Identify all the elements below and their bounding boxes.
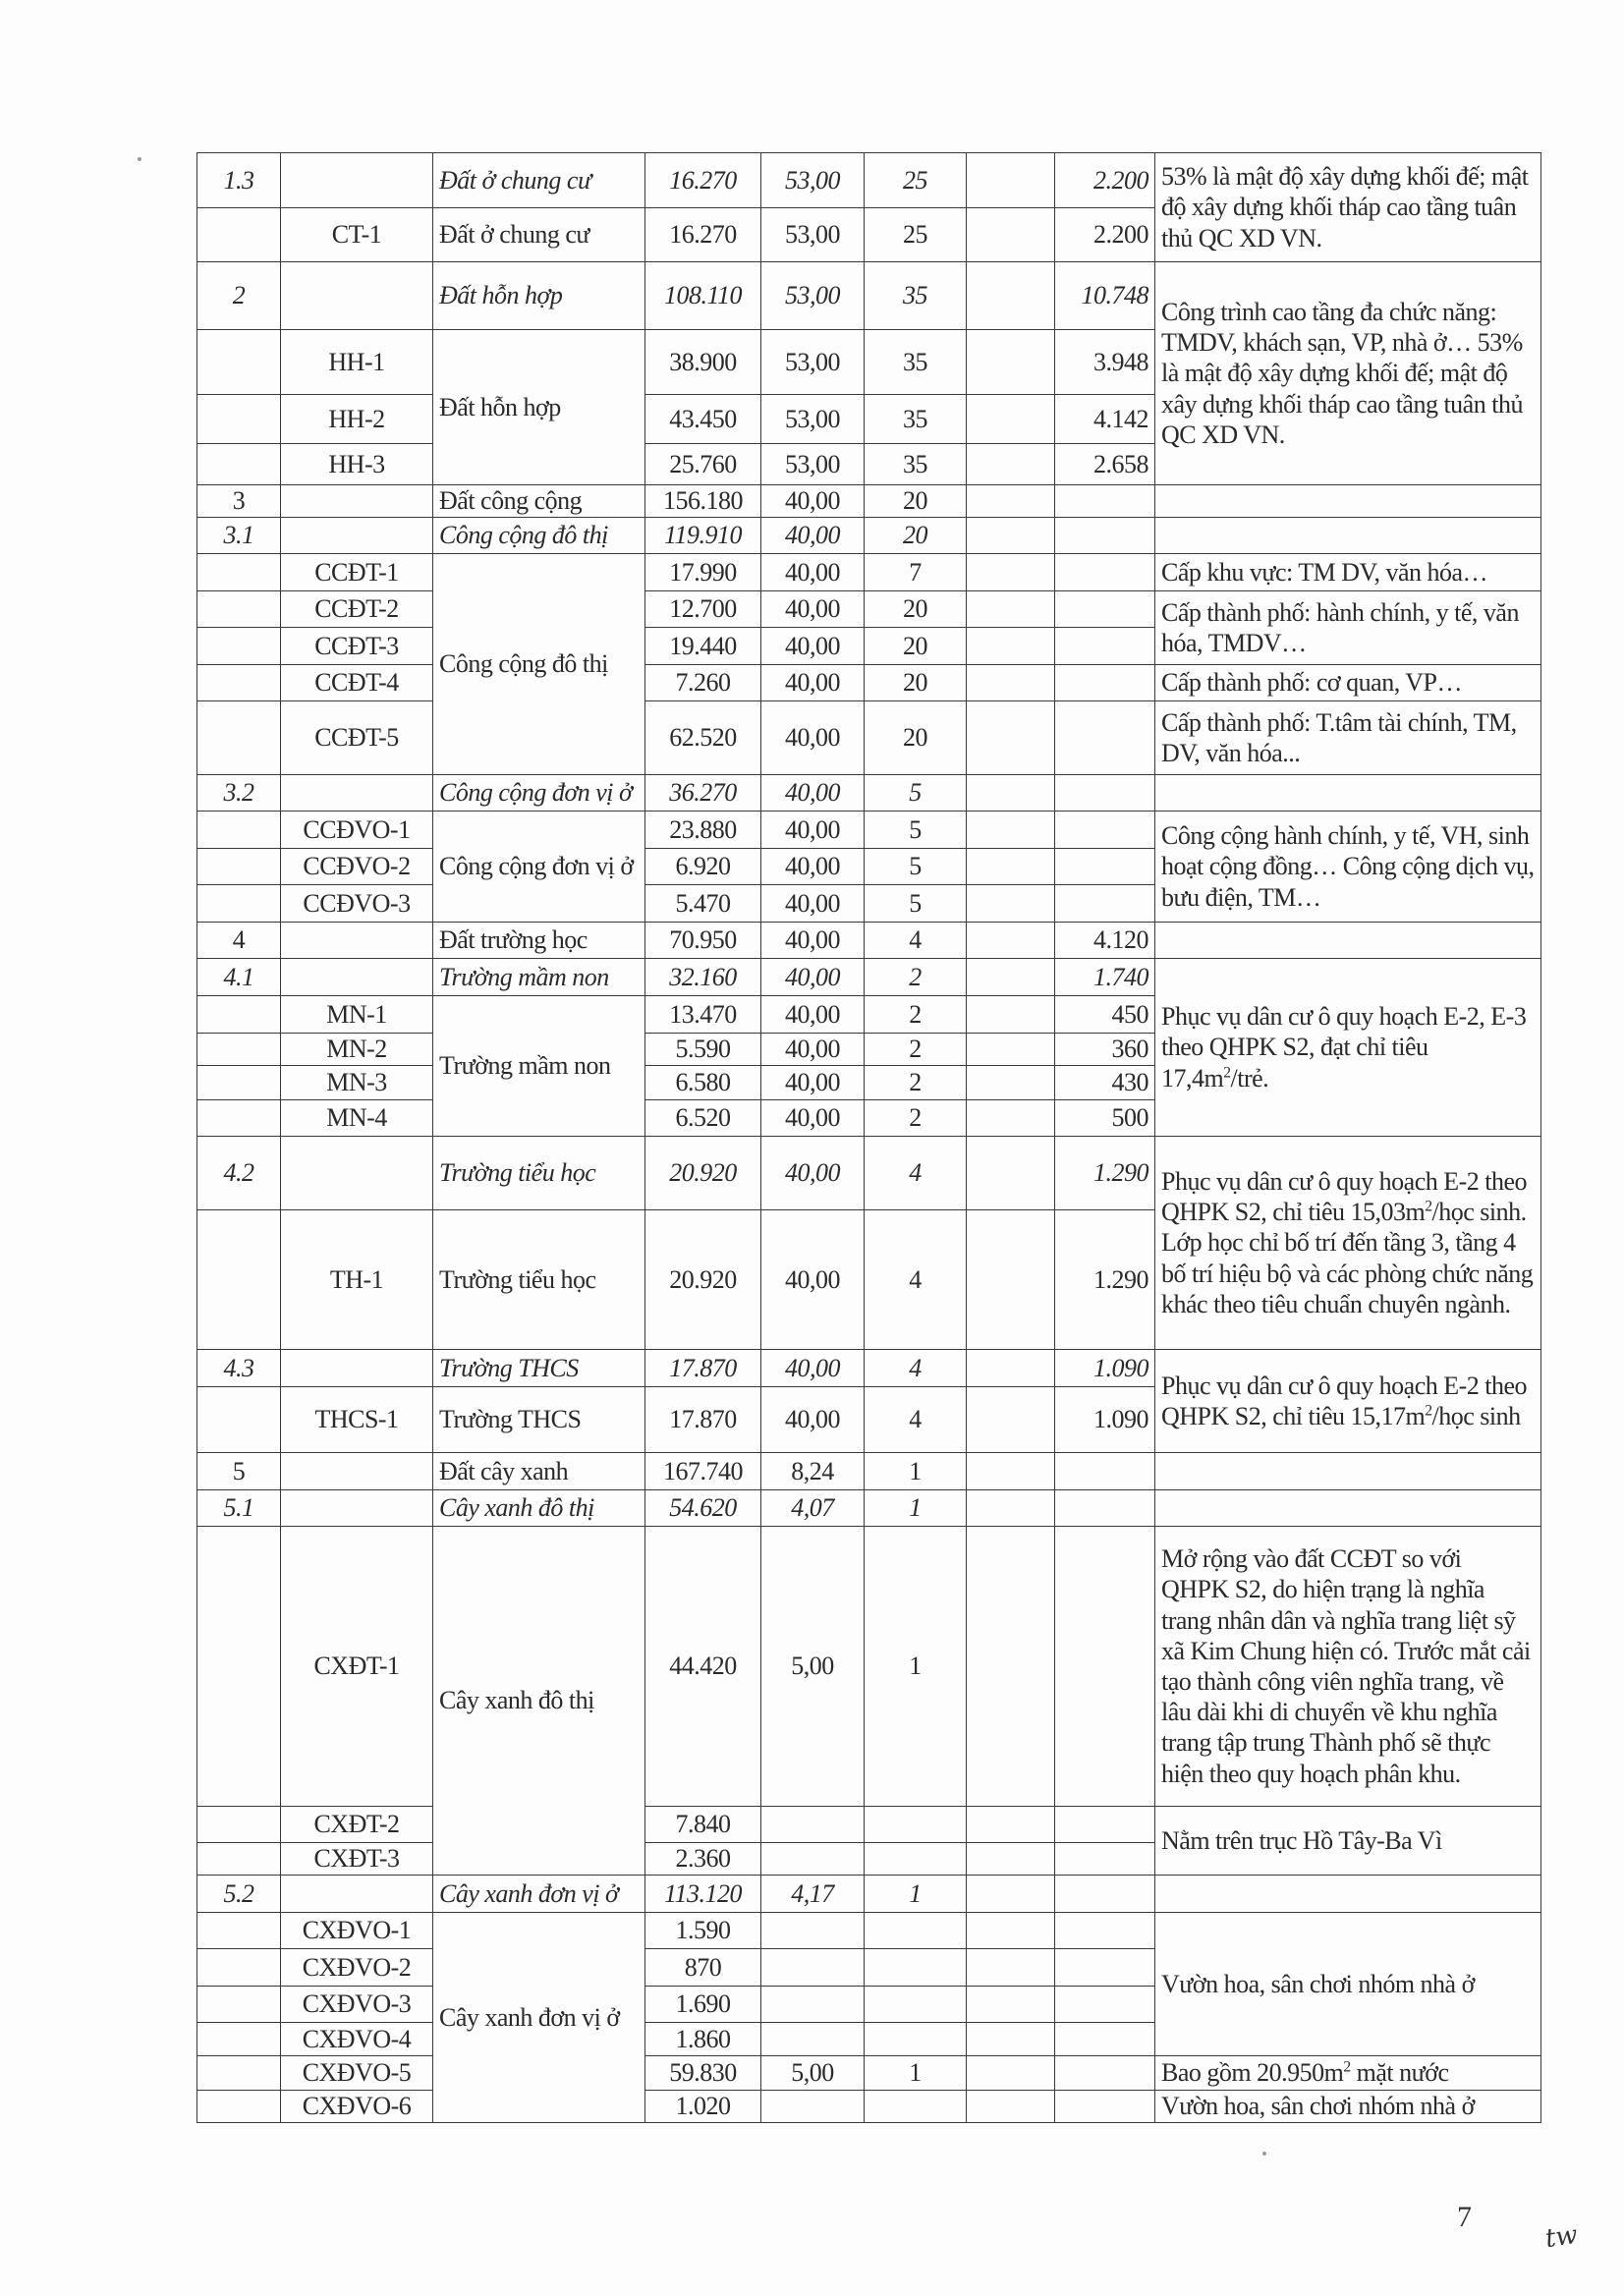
cell-land-use-name: Trường THCS [433, 1350, 645, 1387]
cell-floors [865, 2023, 967, 2056]
cell-floors: 2 [865, 996, 967, 1034]
cell-empty [967, 665, 1055, 701]
cell-area: 70.950 [645, 923, 761, 959]
cell-area: 17.870 [645, 1387, 761, 1453]
cell-population [1055, 1527, 1155, 1807]
cell-stt: 5.1 [197, 1490, 281, 1527]
cell-lot-code: CCĐT-5 [281, 701, 433, 775]
cell-area: 2.360 [645, 1843, 761, 1876]
cell-empty [967, 1034, 1055, 1066]
table-row: 3Đất công cộng156.18040,0020 [197, 485, 1541, 518]
table-row: 1.3Đất ở chung cư16.27053,00252.20053% l… [197, 153, 1541, 208]
cell-lot-code: CXĐVO-5 [281, 2056, 433, 2091]
cell-land-use-name: Công cộng đơn vị ở [433, 812, 645, 923]
cell-lot-code: TH-1 [281, 1210, 433, 1350]
cell-area: 36.270 [645, 775, 761, 812]
cell-density: 4,17 [761, 1876, 865, 1913]
cell-lot-code [281, 1137, 433, 1210]
cell-lot-code: CXĐVO-6 [281, 2091, 433, 2123]
cell-floors: 2 [865, 959, 967, 996]
cell-density: 40,00 [761, 775, 865, 812]
cell-stt [197, 1913, 281, 1949]
cell-empty [967, 2091, 1055, 2123]
cell-density [761, 2023, 865, 2056]
cell-land-use-name: Trường mầm non [433, 996, 645, 1137]
cell-stt [197, 444, 281, 485]
cell-land-use-name: Đất ở chung cư [433, 153, 645, 208]
cell-floors: 1 [865, 1453, 967, 1490]
cell-density: 40,00 [761, 1210, 865, 1350]
cell-density: 40,00 [761, 628, 865, 665]
cell-floors: 25 [865, 208, 967, 262]
cell-land-use-name: Công cộng đô thị [433, 518, 645, 554]
cell-stt: 4.3 [197, 1350, 281, 1387]
cell-area: 167.740 [645, 1453, 761, 1490]
cell-population [1055, 1490, 1155, 1527]
cell-population [1055, 518, 1155, 554]
cell-area: 1.020 [645, 2091, 761, 2123]
cell-area: 16.270 [645, 208, 761, 262]
cell-population [1055, 1843, 1155, 1876]
cell-population [1055, 1949, 1155, 1987]
cell-lot-code [281, 1490, 433, 1527]
cell-area: 7.260 [645, 665, 761, 701]
cell-empty [967, 1490, 1055, 1527]
cell-stt [197, 1034, 281, 1066]
cell-area: 13.470 [645, 996, 761, 1034]
cell-empty [967, 849, 1055, 885]
cell-lot-code: CXĐVO-3 [281, 1987, 433, 2023]
cell-lot-code: MN-2 [281, 1034, 433, 1066]
cell-stt [197, 1807, 281, 1843]
document-page: 1.3Đất ở chung cư16.27053,00252.20053% l… [0, 0, 1624, 2296]
cell-stt: 3.1 [197, 518, 281, 554]
cell-area: 1.690 [645, 1987, 761, 2023]
cell-note: Cấp khu vực: TM DV, văn hóa… [1155, 554, 1541, 591]
cell-lot-code: MN-4 [281, 1100, 433, 1137]
cell-density: 40,00 [761, 1034, 865, 1066]
cell-density [761, 1843, 865, 1876]
cell-population: 2.200 [1055, 208, 1155, 262]
table-row: 5.2Cây xanh đơn vị ở113.1204,171 [197, 1876, 1541, 1913]
table-row: 3.1Công cộng đô thị119.91040,0020 [197, 518, 1541, 554]
cell-density [761, 2091, 865, 2123]
cell-population: 430 [1055, 1066, 1155, 1100]
cell-population: 4.120 [1055, 923, 1155, 959]
cell-density: 40,00 [761, 885, 865, 923]
cell-area: 119.910 [645, 518, 761, 554]
table-row: CCĐVO-1Công cộng đơn vị ở23.88040,005Côn… [197, 812, 1541, 849]
cell-floors [865, 1807, 967, 1843]
cell-population [1055, 849, 1155, 885]
cell-land-use-name: Trường mầm non [433, 959, 645, 996]
cell-stt [197, 1949, 281, 1987]
cell-empty [967, 330, 1055, 395]
table-row: CXĐVO-559.8305,001Bao gồm 20.950m2 mặt n… [197, 2056, 1541, 2091]
cell-population [1055, 1807, 1155, 1843]
cell-density: 53,00 [761, 208, 865, 262]
cell-area: 6.580 [645, 1066, 761, 1100]
cell-population [1055, 2091, 1155, 2123]
cell-land-use-name: Trường tiểu học [433, 1137, 645, 1210]
cell-area: 5.590 [645, 1034, 761, 1066]
cell-population: 1.090 [1055, 1387, 1155, 1453]
cell-note: Vườn hoa, sân chơi nhóm nhà ở [1155, 2091, 1541, 2123]
cell-density: 40,00 [761, 996, 865, 1034]
cell-stt: 5 [197, 1453, 281, 1490]
cell-area: 17.870 [645, 1350, 761, 1387]
cell-lot-code [281, 518, 433, 554]
cell-density: 53,00 [761, 395, 865, 444]
cell-stt: 5.2 [197, 1876, 281, 1913]
table-row: CCĐT-47.26040,0020Cấp thành phố: cơ quan… [197, 665, 1541, 701]
cell-stt [197, 849, 281, 885]
cell-note: 53% là mật độ xây dựng khối đế; mật độ x… [1155, 153, 1541, 262]
cell-density: 40,00 [761, 1137, 865, 1210]
cell-land-use-name: Đất hỗn hợp [433, 330, 645, 485]
cell-stt [197, 1210, 281, 1350]
cell-floors: 2 [865, 1034, 967, 1066]
cell-lot-code: CCĐT-4 [281, 665, 433, 701]
cell-floors: 20 [865, 665, 967, 701]
cell-floors: 4 [865, 1210, 967, 1350]
cell-area: 44.420 [645, 1527, 761, 1807]
cell-population: 1.740 [1055, 959, 1155, 996]
cell-empty [967, 444, 1055, 485]
cell-population: 360 [1055, 1034, 1155, 1066]
cell-area: 62.520 [645, 701, 761, 775]
cell-stt [197, 395, 281, 444]
cell-empty [967, 1387, 1055, 1453]
cell-floors: 4 [865, 1137, 967, 1210]
cell-lot-code: CT-1 [281, 208, 433, 262]
cell-note: Cấp thành phố: cơ quan, VP… [1155, 665, 1541, 701]
cell-land-use-name: Đất hỗn hợp [433, 262, 645, 330]
cell-empty [967, 923, 1055, 959]
cell-area: 38.900 [645, 330, 761, 395]
cell-lot-code [281, 485, 433, 518]
cell-floors: 2 [865, 1066, 967, 1100]
cell-population: 500 [1055, 1100, 1155, 1137]
cell-floors: 35 [865, 444, 967, 485]
cell-floors: 35 [865, 262, 967, 330]
cell-stt [197, 1100, 281, 1137]
cell-note [1155, 775, 1541, 812]
cell-lot-code [281, 1350, 433, 1387]
land-use-table-body: 1.3Đất ở chung cư16.27053,00252.20053% l… [197, 153, 1541, 2123]
cell-note: Công cộng hành chính, y tế, VH, sinh hoạ… [1155, 812, 1541, 923]
cell-empty [967, 1987, 1055, 2023]
cell-population: 1.290 [1055, 1210, 1155, 1350]
cell-population [1055, 554, 1155, 591]
cell-area: 12.700 [645, 591, 761, 628]
cell-lot-code: CCĐT-3 [281, 628, 433, 665]
cell-floors: 35 [865, 330, 967, 395]
cell-density: 40,00 [761, 665, 865, 701]
cell-empty [967, 1066, 1055, 1100]
cell-area: 23.880 [645, 812, 761, 849]
cell-stt [197, 1387, 281, 1453]
cell-land-use-name: Trường THCS [433, 1387, 645, 1453]
cell-density: 40,00 [761, 959, 865, 996]
cell-floors: 35 [865, 395, 967, 444]
cell-land-use-name: Cây xanh đơn vị ở [433, 1876, 645, 1913]
land-use-table: 1.3Đất ở chung cư16.27053,00252.20053% l… [196, 152, 1541, 2123]
cell-stt [197, 1843, 281, 1876]
cell-density: 8,24 [761, 1453, 865, 1490]
cell-area: 19.440 [645, 628, 761, 665]
cell-lot-code: THCS-1 [281, 1387, 433, 1453]
cell-density: 40,00 [761, 812, 865, 849]
cell-density: 40,00 [761, 1100, 865, 1137]
cell-population: 1.090 [1055, 1350, 1155, 1387]
cell-area: 108.110 [645, 262, 761, 330]
table-row: 2Đất hỗn hợp108.11053,003510.748Công trì… [197, 262, 1541, 330]
cell-floors: 20 [865, 485, 967, 518]
cell-note: Phục vụ dân cư ô quy hoạch E-2, E-3 theo… [1155, 959, 1541, 1137]
handwritten-initials: tw [1543, 2220, 1580, 2254]
cell-area: 1.590 [645, 1913, 761, 1949]
cell-floors: 5 [865, 775, 967, 812]
cell-density: 40,00 [761, 554, 865, 591]
cell-note: Phục vụ dân cư ô quy hoạch E-2 theo QHPK… [1155, 1350, 1541, 1453]
cell-empty [967, 1210, 1055, 1350]
cell-population [1055, 775, 1155, 812]
cell-area: 16.270 [645, 153, 761, 208]
cell-population: 10.748 [1055, 262, 1155, 330]
cell-population [1055, 885, 1155, 923]
cell-area: 25.760 [645, 444, 761, 485]
cell-lot-code: CXĐT-1 [281, 1527, 433, 1807]
scan-speck [1262, 2152, 1266, 2156]
cell-floors: 7 [865, 554, 967, 591]
cell-note: Vườn hoa, sân chơi nhóm nhà ở [1155, 1913, 1541, 2056]
cell-empty [967, 1843, 1055, 1876]
cell-land-use-name: Đất công cộng [433, 485, 645, 518]
cell-area: 7.840 [645, 1807, 761, 1843]
cell-floors: 5 [865, 812, 967, 849]
cell-population [1055, 485, 1155, 518]
cell-land-use-name: Công cộng đơn vị ở [433, 775, 645, 812]
table-row: CCĐT-1Công cộng đô thị17.99040,007Cấp kh… [197, 554, 1541, 591]
cell-stt [197, 330, 281, 395]
cell-lot-code: CCĐT-2 [281, 591, 433, 628]
cell-floors: 4 [865, 923, 967, 959]
cell-stt [197, 591, 281, 628]
cell-floors: 1 [865, 2056, 967, 2091]
cell-stt [197, 554, 281, 591]
table-row: CXĐVO-1Cây xanh đơn vị ở1.590Vườn hoa, s… [197, 1913, 1541, 1949]
table-row: 3.2Công cộng đơn vị ở36.27040,005 [197, 775, 1541, 812]
cell-density: 5,00 [761, 2056, 865, 2091]
cell-density: 40,00 [761, 485, 865, 518]
cell-population [1055, 591, 1155, 628]
cell-empty [967, 485, 1055, 518]
cell-lot-code: HH-2 [281, 395, 433, 444]
cell-stt: 1.3 [197, 153, 281, 208]
cell-stt [197, 1066, 281, 1100]
cell-lot-code: MN-1 [281, 996, 433, 1034]
cell-floors: 1 [865, 1527, 967, 1807]
cell-floors [865, 2091, 967, 2123]
cell-land-use-name: Đất ở chung cư [433, 208, 645, 262]
cell-area: 6.920 [645, 849, 761, 885]
cell-stt [197, 628, 281, 665]
table-row: CXĐT-27.840Nằm trên trục Hồ Tây-Ba Vì [197, 1807, 1541, 1843]
cell-population [1055, 628, 1155, 665]
cell-empty [967, 959, 1055, 996]
cell-population: 3.948 [1055, 330, 1155, 395]
cell-note [1155, 923, 1541, 959]
cell-floors: 4 [865, 1350, 967, 1387]
cell-note [1155, 518, 1541, 554]
cell-stt [197, 1987, 281, 2023]
cell-lot-code: CCĐVO-1 [281, 812, 433, 849]
cell-density: 40,00 [761, 1387, 865, 1453]
cell-land-use-name: Công cộng đô thị [433, 554, 645, 775]
cell-area: 20.920 [645, 1210, 761, 1350]
cell-empty [967, 1949, 1055, 1987]
cell-population: 2.200 [1055, 153, 1155, 208]
cell-empty [967, 518, 1055, 554]
cell-population [1055, 1913, 1155, 1949]
table-row: 4.2Trường tiểu học20.92040,0041.290Phục … [197, 1137, 1541, 1210]
cell-empty [967, 554, 1055, 591]
cell-floors [865, 1987, 967, 2023]
cell-stt [197, 2023, 281, 2056]
table-row: CCĐT-212.70040,0020Cấp thành phố: hành c… [197, 591, 1541, 628]
cell-area: 5.470 [645, 885, 761, 923]
cell-density: 4,07 [761, 1490, 865, 1527]
cell-floors: 20 [865, 518, 967, 554]
cell-lot-code [281, 1876, 433, 1913]
cell-note: Công trình cao tầng đa chức năng: TMDV, … [1155, 262, 1541, 485]
cell-land-use-name: Đất trường học [433, 923, 645, 959]
cell-stt [197, 812, 281, 849]
cell-empty [967, 628, 1055, 665]
cell-land-use-name: Cây xanh đô thị [433, 1527, 645, 1876]
cell-empty [967, 1913, 1055, 1949]
cell-population [1055, 1453, 1155, 1490]
cell-density: 40,00 [761, 849, 865, 885]
cell-floors: 20 [865, 628, 967, 665]
cell-note [1155, 1876, 1541, 1913]
cell-empty [967, 262, 1055, 330]
cell-density: 53,00 [761, 262, 865, 330]
cell-land-use-name: Đất cây xanh [433, 1453, 645, 1490]
cell-stt: 4 [197, 923, 281, 959]
cell-stt: 3 [197, 485, 281, 518]
cell-stt: 4.2 [197, 1137, 281, 1210]
table-row: CXĐVO-61.020Vườn hoa, sân chơi nhóm nhà … [197, 2091, 1541, 2123]
cell-floors: 4 [865, 1387, 967, 1453]
cell-floors [865, 1949, 967, 1987]
cell-lot-code [281, 153, 433, 208]
cell-note: Mở rộng vào đất CCĐT so với QHPK S2, do … [1155, 1527, 1541, 1807]
table-row: CCĐT-562.52040,0020Cấp thành phố: T.tâm … [197, 701, 1541, 775]
cell-population: 2.658 [1055, 444, 1155, 485]
cell-density: 40,00 [761, 923, 865, 959]
cell-lot-code: CXĐVO-4 [281, 2023, 433, 2056]
cell-stt [197, 208, 281, 262]
cell-area: 17.990 [645, 554, 761, 591]
cell-floors: 20 [865, 591, 967, 628]
cell-population [1055, 1876, 1155, 1913]
cell-empty [967, 208, 1055, 262]
cell-lot-code [281, 923, 433, 959]
cell-note: Bao gồm 20.950m2 mặt nước [1155, 2056, 1541, 2091]
cell-stt [197, 701, 281, 775]
cell-area: 156.180 [645, 485, 761, 518]
cell-stt [197, 665, 281, 701]
cell-density [761, 1913, 865, 1949]
cell-density: 40,00 [761, 1350, 865, 1387]
cell-lot-code: CXĐVO-2 [281, 1949, 433, 1987]
cell-empty [967, 1876, 1055, 1913]
cell-empty [967, 1807, 1055, 1843]
cell-land-use-name: Trường tiểu học [433, 1210, 645, 1350]
cell-floors: 5 [865, 849, 967, 885]
cell-lot-code: HH-3 [281, 444, 433, 485]
cell-density: 53,00 [761, 153, 865, 208]
cell-empty [967, 591, 1055, 628]
cell-empty [967, 1527, 1055, 1807]
cell-empty [967, 812, 1055, 849]
cell-empty [967, 2023, 1055, 2056]
cell-lot-code: CCĐVO-2 [281, 849, 433, 885]
cell-stt: 4.1 [197, 959, 281, 996]
cell-note: Cấp thành phố: hành chính, y tế, văn hóa… [1155, 591, 1541, 665]
table-row: CXĐT-1Cây xanh đô thị44.4205,001Mở rộng … [197, 1527, 1541, 1807]
cell-stt [197, 885, 281, 923]
cell-density: 40,00 [761, 701, 865, 775]
cell-density [761, 1807, 865, 1843]
cell-stt: 2 [197, 262, 281, 330]
cell-lot-code: CCĐT-1 [281, 554, 433, 591]
cell-empty [967, 395, 1055, 444]
cell-density: 53,00 [761, 444, 865, 485]
cell-stt [197, 996, 281, 1034]
cell-stt: 3.2 [197, 775, 281, 812]
cell-area: 43.450 [645, 395, 761, 444]
cell-area: 20.920 [645, 1137, 761, 1210]
cell-population [1055, 2023, 1155, 2056]
cell-population [1055, 1987, 1155, 2023]
cell-density: 53,00 [761, 330, 865, 395]
cell-population [1055, 812, 1155, 849]
cell-population: 450 [1055, 996, 1155, 1034]
cell-area: 870 [645, 1949, 761, 1987]
cell-population: 4.142 [1055, 395, 1155, 444]
cell-lot-code: HH-1 [281, 330, 433, 395]
cell-population [1055, 2056, 1155, 2091]
cell-lot-code [281, 1453, 433, 1490]
cell-population [1055, 701, 1155, 775]
cell-lot-code [281, 775, 433, 812]
cell-note: Phục vụ dân cư ô quy hoạch E-2 theo QHPK… [1155, 1137, 1541, 1350]
cell-empty [967, 775, 1055, 812]
cell-floors: 1 [865, 1490, 967, 1527]
cell-floors [865, 1913, 967, 1949]
scan-speck [138, 157, 141, 161]
cell-area: 54.620 [645, 1490, 761, 1527]
cell-lot-code: MN-3 [281, 1066, 433, 1100]
cell-lot-code: CXĐVO-1 [281, 1913, 433, 1949]
cell-density: 40,00 [761, 1066, 865, 1100]
cell-floors: 5 [865, 885, 967, 923]
table-row: 4.3Trường THCS17.87040,0041.090Phục vụ d… [197, 1350, 1541, 1387]
cell-empty [967, 885, 1055, 923]
